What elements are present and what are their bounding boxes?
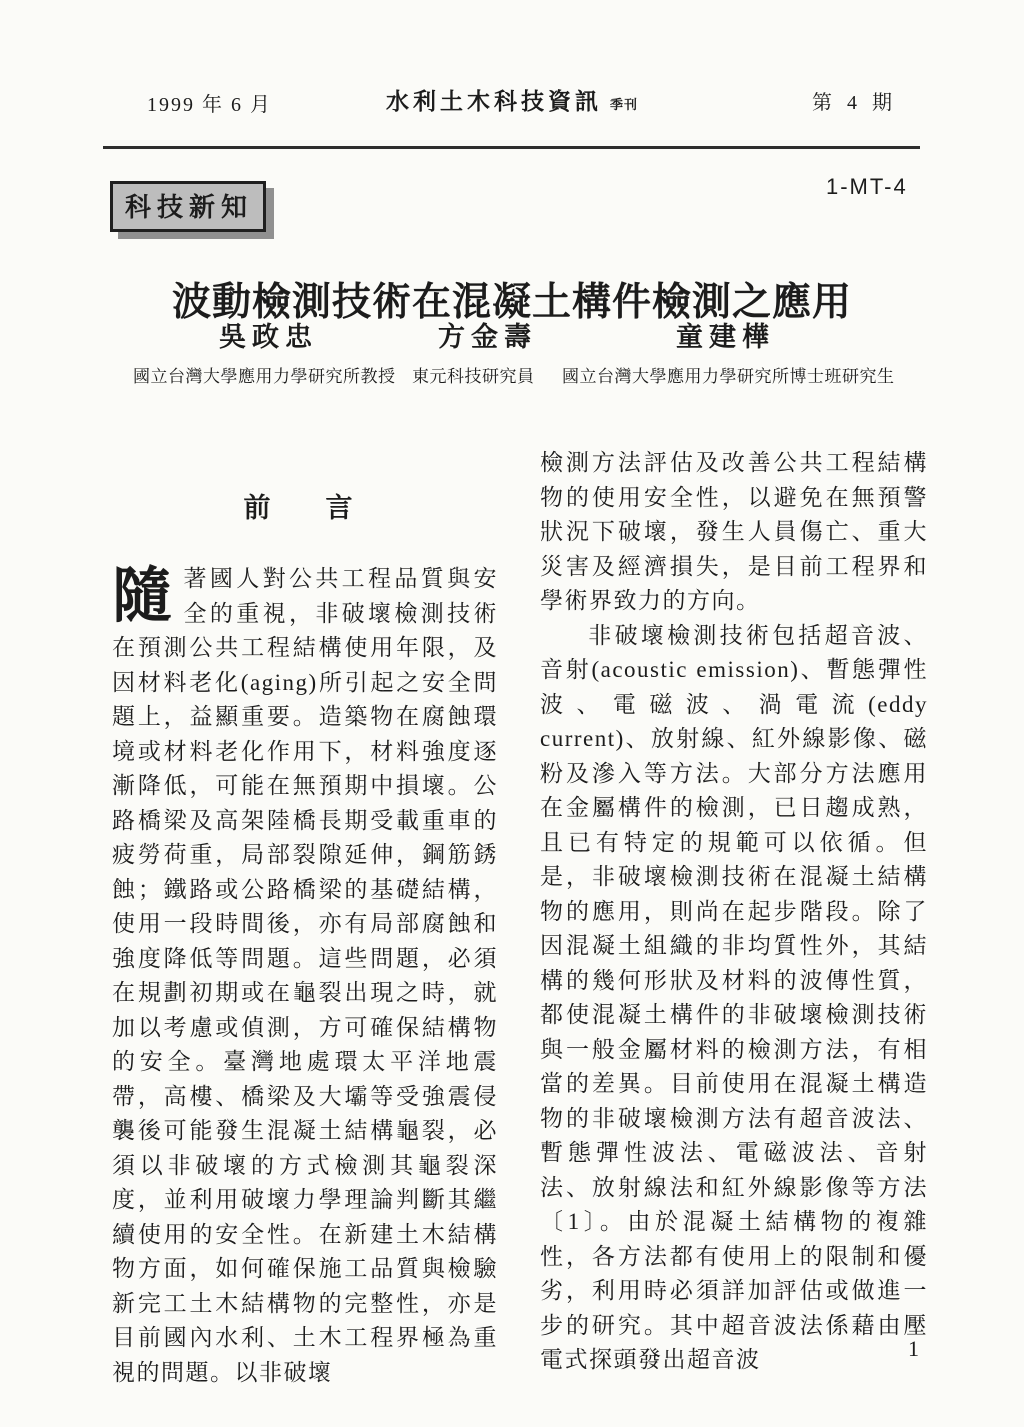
journal-subtitle: 季刊 bbox=[610, 97, 638, 112]
intro-paragraph-text: 著國人對公共工程品質與安全的重視，非破壞檢測技術在預測公共工程結構使用年限，及因… bbox=[112, 566, 498, 1385]
header-rule bbox=[103, 146, 920, 149]
author-affiliation: 國立台灣大學應用力學研究所博士班研究生 bbox=[562, 362, 895, 387]
author-affiliation: 東元科技研究員 bbox=[412, 362, 535, 387]
journal-page: 1999 年 6 月 水利土木科技資訊季刊 第 4 期 科技新知 1-MT-4 … bbox=[0, 0, 1024, 1427]
author-name: 方金壽 bbox=[438, 315, 537, 354]
author-name: 童建樺 bbox=[676, 315, 775, 354]
body-paragraph: 檢測方法評估及改善公共工程結構物的使用安全性，以避免在無預警狀況下破壞，發生人員… bbox=[540, 446, 928, 619]
intro-paragraph: 隨著國人對公共工程品質與安全的重視，非破壞檢測技術在預測公共工程結構使用年限，及… bbox=[112, 562, 498, 1390]
left-column: 前 言 隨著國人對公共工程品質與安全的重視，非破壞檢測技術在預測公共工程結構使用… bbox=[112, 455, 498, 1390]
document-code: 1-MT-4 bbox=[826, 174, 908, 200]
section-heading: 前 言 bbox=[112, 486, 498, 525]
section-badge: 科技新知 bbox=[110, 181, 266, 232]
journal-title-text: 水利土木科技資訊 bbox=[386, 89, 602, 114]
page-number: 1 bbox=[908, 1336, 919, 1362]
issue-number: 第 4 期 bbox=[812, 86, 897, 115]
author-name: 吳政忠 bbox=[219, 315, 318, 354]
author-affiliation: 國立台灣大學應用力學研究所教授 bbox=[133, 362, 396, 387]
body-paragraph: 非破壞檢測技術包括超音波、音射(acoustic emission)、暫態彈性波… bbox=[540, 619, 928, 1378]
right-column: 檢測方法評估及改善公共工程結構物的使用安全性，以避免在無預警狀況下破壞，發生人員… bbox=[540, 446, 928, 1378]
dropcap-character: 隨 bbox=[112, 564, 174, 628]
